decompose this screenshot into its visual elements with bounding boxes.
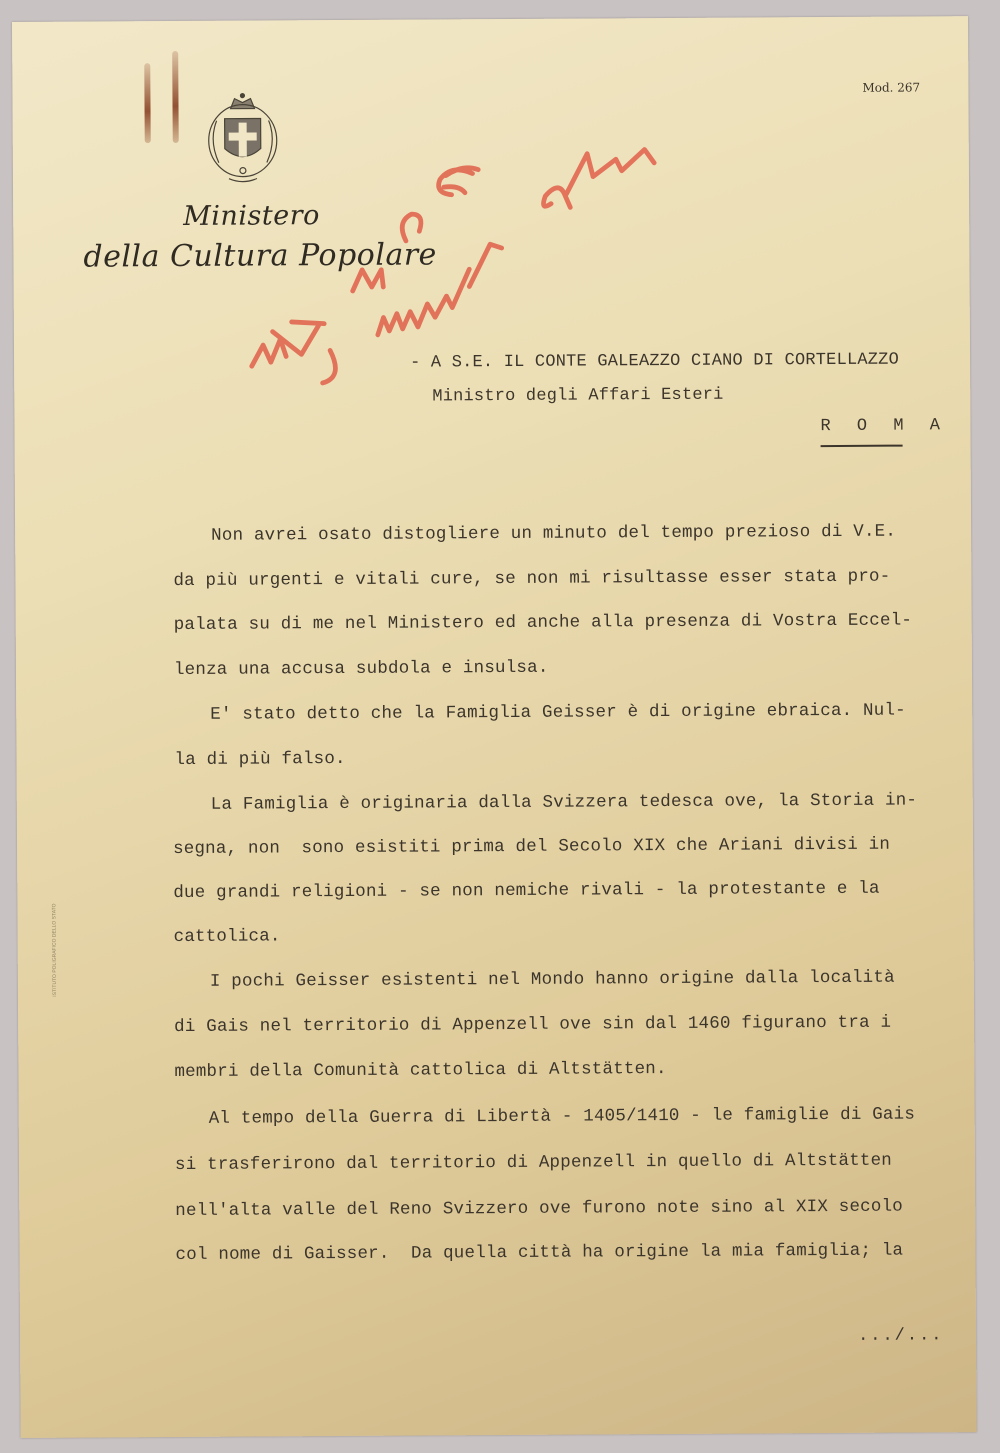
body-line: di Gais nel territorio di Appenzell ove … [174,1013,891,1037]
form-code: Mod. 267 [862,80,920,94]
body-line: Al tempo della Guerra di Libertà - 1405/… [209,1105,915,1129]
body-line: E' stato detto che la Famiglia Geisser è… [210,701,906,725]
body-line: col nome di Gaisser. Da quella città ha … [175,1241,903,1265]
letter-page: Ministero della Cultura Popolare Mod. 26… [12,16,977,1438]
body-line: lenza una accusa subdola e insulsa. [174,658,549,680]
body-line: si trasferirono dal territorio di Appenz… [175,1151,892,1175]
stain-mark [144,63,150,143]
recipient-city: R O M A [820,416,948,436]
printer-imprint: ISTITUTO POLIGRAFICO DELLO STATO [51,903,58,996]
body-line: la di più falso. [174,749,345,770]
body-line: da più urgenti e vitali cure, se non mi … [173,567,890,591]
body-line: I pochi Geisser esistenti nel Mondo hann… [210,968,895,992]
body-line: Non avrei osato distogliere un minuto de… [211,522,896,546]
body-line: membri della Comunità cattolica di Altst… [174,1059,666,1082]
stain-mark [172,51,179,143]
body-line: due grandi religioni - se non nemiche ri… [173,879,879,903]
recipient-title: Ministro degli Affari Esteri [432,386,723,407]
handwritten-annotation-icon [243,118,685,421]
body-line: La Famiglia è originaria dalla Svizzera … [211,790,917,814]
body-line: segna, non sono esistiti prima del Secol… [173,835,890,859]
city-underline [821,445,903,448]
body-line: cattolica. [174,926,281,947]
body-line: nell'alta valle del Reno Svizzero ove fu… [175,1197,903,1221]
continuation-mark: .../... [858,1326,944,1346]
recipient-line: - A S.E. IL CONTE GALEAZZO CIANO DI CORT… [410,351,899,373]
body-line: palata su di me nel Ministero ed anche a… [174,611,913,636]
